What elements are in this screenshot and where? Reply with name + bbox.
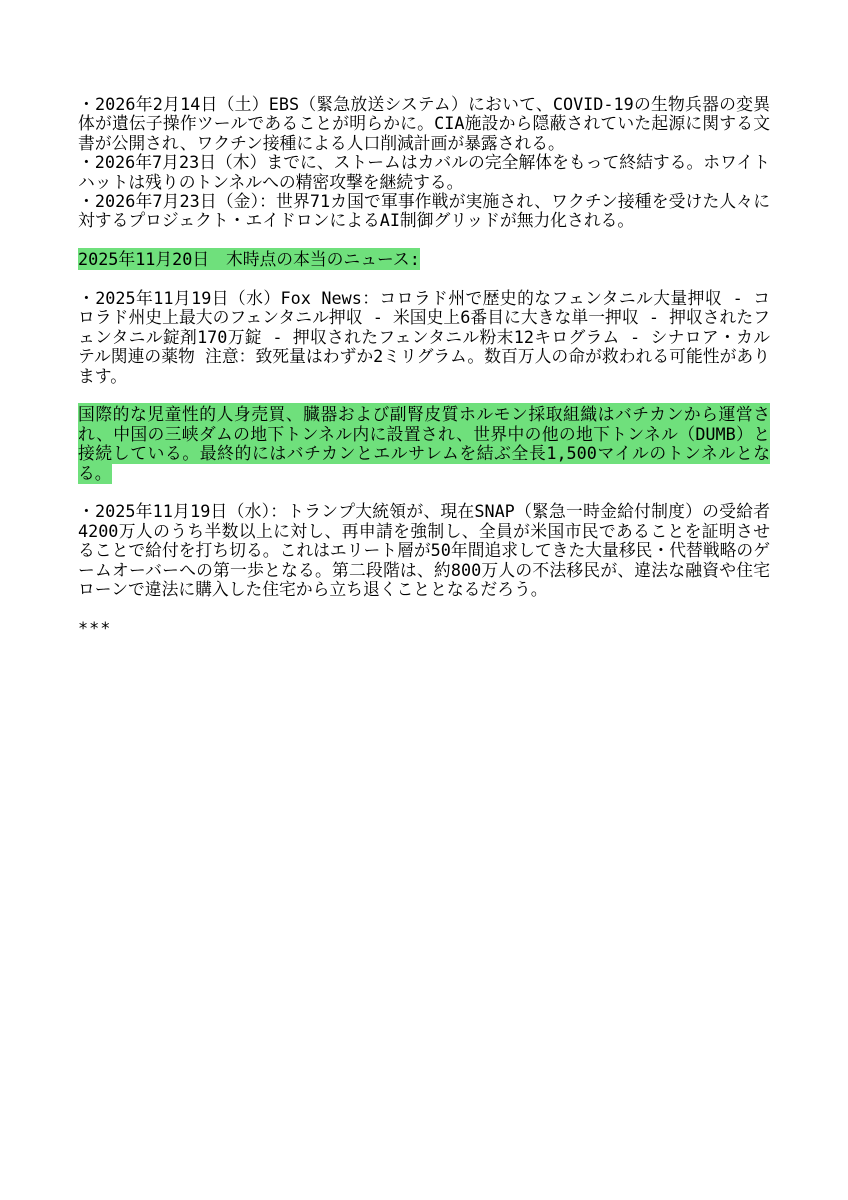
snap-paragraph: ・2025年11月19日（水）：トランプ大統領が、現在SNAP（緊急一時金給付制… [78, 502, 770, 599]
fox-news-paragraph: ・2025年11月19日（水）Fox News：コロラド州で歴史的なフェンタニル… [78, 289, 770, 386]
separator-stars: *** [78, 619, 770, 638]
future-events-bullet-list: ・2026年2月14日（土）EBS（緊急放送システム）において、COVID-19… [78, 95, 770, 231]
document-page: ・2026年2月14日（土）EBS（緊急放送システム）において、COVID-19… [0, 0, 848, 1200]
tunnel-highlight-row: 国際的な児童性的人身売買、臓器および副腎皮質ホルモン採取組織はバチカンから運営さ… [78, 405, 770, 483]
bullet-item-military-operations: ・2026年7月23日（金）：世界71カ国で軍事作戦が実施され、ワクチン接種を受… [78, 192, 770, 231]
section-heading-row: 2025年11月20日 木時点の本当のニュース: [78, 250, 770, 269]
bullet-item-ebs-broadcast: ・2026年2月14日（土）EBS（緊急放送システム）において、COVID-19… [78, 95, 770, 153]
bullet-item-storm-conclusion: ・2026年7月23日（木）までに、ストームはカバルの完全解体をもって終結する。… [78, 153, 770, 192]
tunnel-highlighted-paragraph: 国際的な児童性的人身売買、臓器および副腎皮質ホルモン採取組織はバチカンから運営さ… [78, 403, 770, 483]
section-heading-highlighted: 2025年11月20日 木時点の本当のニュース: [78, 248, 420, 270]
